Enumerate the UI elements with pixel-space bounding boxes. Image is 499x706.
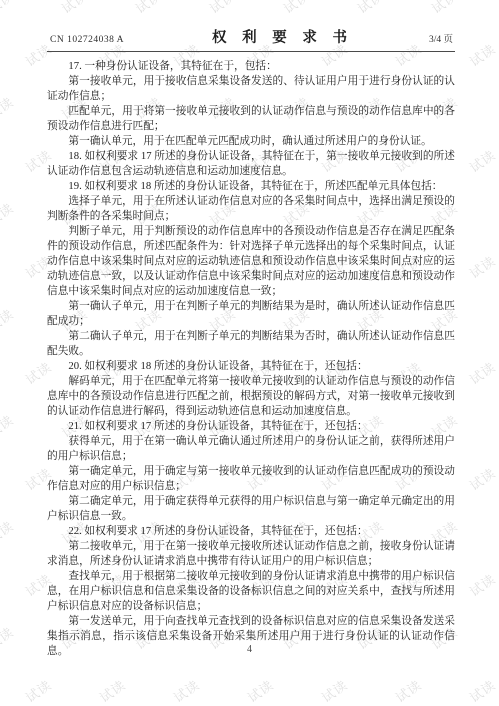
- claim-paragraph: 匹配单元，用于将第一接收单元接收到的认证动作信息与预设的动作信息库中的各预设动作…: [47, 104, 455, 134]
- claim-paragraph: 第二接收单元，用于在第一接收单元接收所述认证动作信息之前，接收身份认证请求消息，…: [47, 539, 455, 569]
- watermark-text: 试读: [21, 675, 55, 706]
- claim-paragraph: 第二确定单元，用于确定获得单元获得的用户标识信息与第一确定单元确定出的用户标识信…: [47, 494, 455, 524]
- page-title: 权 利 要 求 书: [212, 26, 353, 47]
- claims-body: 17. 一种身份认证设备，其特征在于，包括：第一接收单元，用于接收信息采集设备发…: [47, 59, 455, 659]
- watermark-text: 试读: [95, 675, 129, 706]
- page-number: 4: [0, 644, 499, 655]
- claim-paragraph: 22. 如权利要求 17 所述的身份认证设备，其特征在于，还包括：: [47, 524, 455, 539]
- claim-paragraph: 20. 如权利要求 18 所述的身份认证设备，其特征在于，还包括：: [47, 359, 455, 374]
- claim-paragraph: 第一确定单元，用于确定与第一接收单元接收到的认证动作信息匹配成功的预设动作信息对…: [47, 464, 455, 494]
- patent-number: CN 102724038 A: [50, 35, 124, 45]
- claim-paragraph: 查找单元，用于根据第二接收单元接收到的身份认证请求消息中携带的用户标识信息，在用…: [47, 569, 455, 614]
- document-page: 试读试读试读试读试读试读试读试读试读试读试读试读试读试读试读试读试读试读试读试读…: [0, 0, 499, 706]
- claim-paragraph: 21. 如权利要求 17 所述的身份认证设备，其特征在于，还包括：: [47, 419, 455, 434]
- claim-paragraph: 第一接收单元，用于接收信息采集设备发送的、待认证用户用于进行身份认证的认证动作信…: [47, 74, 455, 104]
- claim-paragraph: 判断子单元，用于判断预设的动作信息库中的各预设动作信息是否存在满足匹配条件的预设…: [47, 224, 455, 299]
- claim-paragraph: 18. 如权利要求 17 所述的身份认证设备，其特征在于，第一接收单元接收到的所…: [47, 149, 455, 179]
- header-divider: [47, 51, 455, 52]
- watermark-text: 试读: [243, 675, 277, 706]
- claim-paragraph: 第二确认子单元，用于在判断子单元的判断结果为否时，确认所述认证动作信息匹配失败。: [47, 329, 455, 359]
- claim-paragraph: 19. 如权利要求 18 所述的身份认证设备，其特征在于，所述匹配单元具体包括：: [47, 179, 455, 194]
- claim-paragraph: 解码单元，用于在匹配单元将第一接收单元接收到的认证动作信息与预设的动作信息库中的…: [47, 374, 455, 419]
- page-header: CN 102724038 A 权 利 要 求 书 3/4 页: [47, 26, 455, 47]
- watermark-text: 试读: [317, 675, 351, 706]
- page-indicator: 3/4 页: [429, 31, 453, 45]
- claim-paragraph: 选择子单元，用于在所述认证动作信息对应的各采集时间点中，选择出满足预设的判断条件…: [47, 194, 455, 224]
- claim-paragraph: 第一确认子单元，用于在判断子单元的判断结果为是时，确认所述认证动作信息匹配成功；: [47, 299, 455, 329]
- watermark-text: 试读: [169, 675, 203, 706]
- watermark-text: 试读: [465, 675, 499, 706]
- page-content: CN 102724038 A 权 利 要 求 书 3/4 页 17. 一种身份认…: [0, 0, 499, 659]
- claim-paragraph: 17. 一种身份认证设备，其特征在于，包括：: [47, 59, 455, 74]
- claim-paragraph: 第一确认单元，用于在匹配单元匹配成功时，确认通过所述用户的身份认证。: [47, 134, 455, 149]
- claim-paragraph: 获得单元，用于在第一确认单元确认通过所述用户的身份认证之前，获得所述用户的用户标…: [47, 434, 455, 464]
- watermark-text: 试读: [391, 675, 425, 706]
